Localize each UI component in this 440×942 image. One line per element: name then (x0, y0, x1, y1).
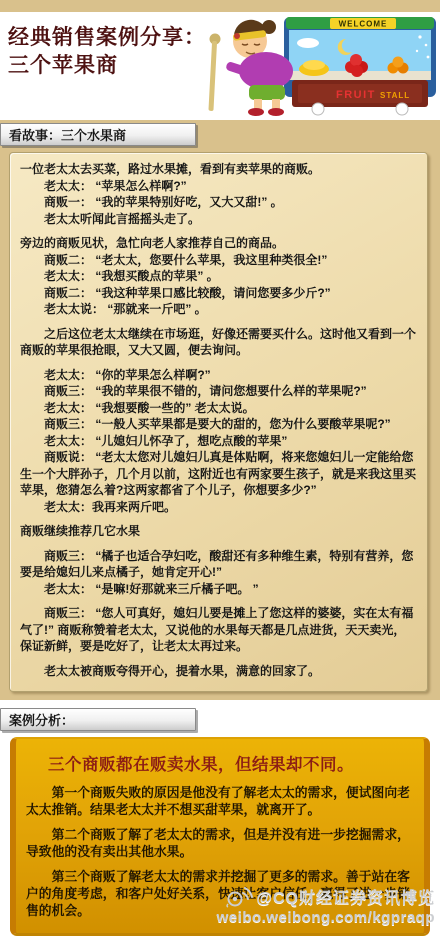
watermark-handle: @CQ财经证券资讯博览 (256, 885, 435, 908)
analysis-title: 三个商贩都在贩卖水果，但结果却不同。 (48, 751, 414, 775)
header: 经典销售案例分享： 三个苹果商 WELCOME (0, 12, 440, 120)
analysis-paragraph: 第二个商贩了解了老太太的需求，但是并没有进一步挖掘需求，导致他的没有卖出其他水果… (26, 826, 414, 860)
story-paragraph: 旁边的商贩见状，急忙向老人家推荐自己的商品。 商贩二： “老太太，您要什么苹果，… (20, 235, 417, 318)
red-shoe (248, 108, 264, 116)
story-paragraph: 老太太： “你的苹果怎么样啊?” 商贩三： “我的苹果很不错的，请问您想要什么样… (20, 367, 417, 516)
fruit-sign-text: FRUIT (336, 89, 376, 101)
weibo-infographic-image: 经典销售案例分享： 三个苹果商 WELCOME (0, 0, 440, 942)
story-paragraph: 商贩三： “橘子也适合孕妇吃，酸甜还有多种维生素，特别有营养，您要是给媳妇儿来点… (20, 548, 417, 598)
fruit-stall: WELCOME FRUIT STALL (284, 17, 436, 115)
tab-analysis: 案例分析： (0, 708, 196, 731)
cloud-icon (297, 38, 319, 48)
old-lady-figure (208, 20, 293, 116)
page-title: 经典销售案例分享： 三个苹果商 (8, 24, 206, 80)
story-paragraph: 之后这位老太太继续在市场逛，好像还需要买什么。这时他又看到一个商贩的苹果很抢眼，… (20, 326, 417, 359)
red-shoe (268, 108, 284, 116)
stall-wheel-icon (396, 103, 408, 115)
old-lady-and-fruit-stall-illustration: WELCOME FRUIT STALL (188, 13, 440, 119)
story-text-box: 一位老太太去买菜，路过水果摊，看到有卖苹果的商贩。 老太太： “苹果怎么样啊?”… (9, 152, 428, 692)
top-border-strip (0, 0, 440, 12)
stall-sign-text: STALL (380, 91, 410, 100)
cane (208, 41, 217, 111)
watermark: @CQ财经证券资讯博览 weibo.weibong.com/kgpraqp (217, 884, 435, 926)
analysis-paragraph: 第一个商贩失败的原因是他没有了解老太太的需求，便试图向老太太推销。结果老太太并不… (26, 784, 414, 818)
watermark-url: weibo.weibong.com/kgpraqp (217, 909, 435, 926)
green-shorts (249, 85, 285, 100)
stall-wheel-icon (312, 103, 324, 115)
story-paragraph: 老太太被商贩夸得开心，提着水果，满意的回家了。 (20, 663, 417, 680)
tab-story: 看故事：三个水果商 (0, 123, 196, 146)
welcome-sign-text: WELCOME (339, 20, 388, 29)
story-section: 看故事：三个水果商 一位老太太去买菜，路过水果摊，看到有卖苹果的商贩。 老太太：… (0, 120, 440, 700)
story-paragraph: 商贩三： “您人可真好，媳妇儿要是摊上了您这样的婆婆，实在太有福气了!” 商贩称… (20, 605, 417, 655)
analysis-section: 案例分析： 三个商贩都在贩卖水果，但结果却不同。 第一个商贩失败的原因是他没有了… (0, 708, 440, 930)
story-paragraph: 商贩继续推荐几它水果 (20, 523, 417, 540)
weibo-logo-icon (224, 884, 254, 908)
story-paragraph: 一位老太太去买菜，路过水果摊，看到有卖苹果的商贩。 老太太： “苹果怎么样啊?”… (20, 161, 417, 227)
